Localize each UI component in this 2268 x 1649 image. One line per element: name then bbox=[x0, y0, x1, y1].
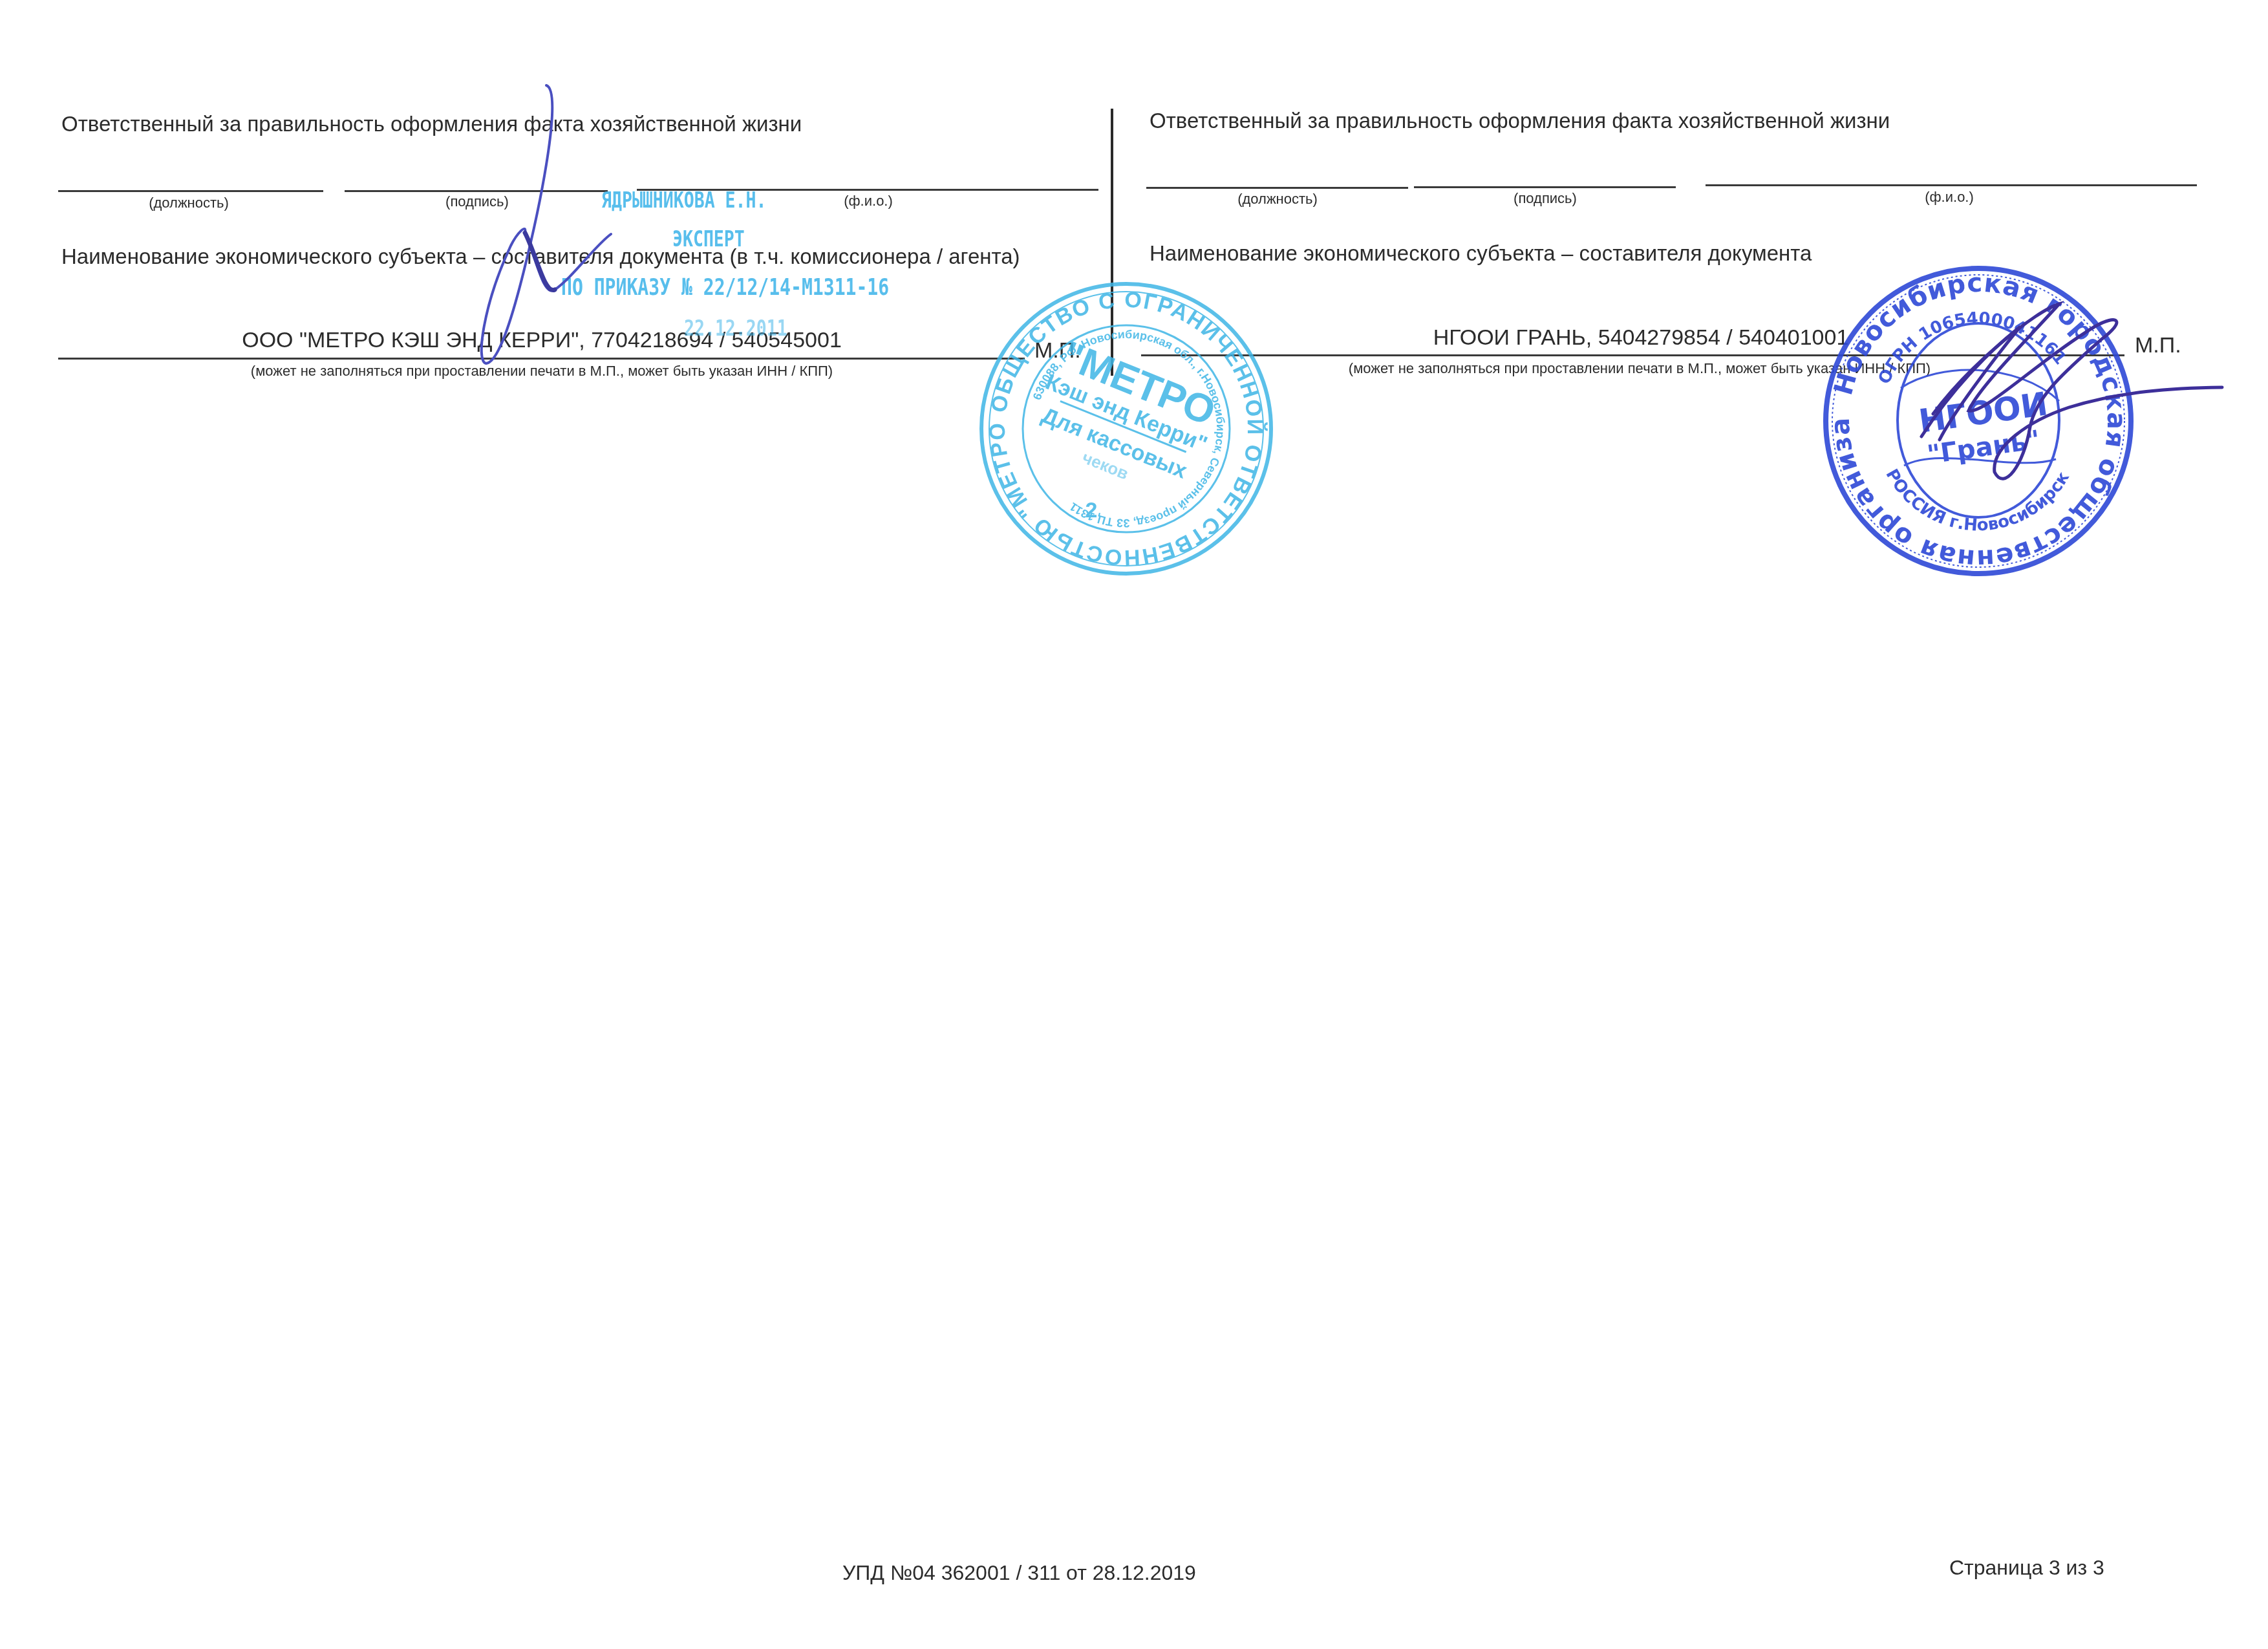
svg-text:Новосибирская городская общест: Новосибирская городская общественная орг… bbox=[0, 0, 2131, 574]
left-company-line bbox=[58, 358, 1025, 360]
right-responsible-heading: Ответственный за правильность оформления… bbox=[1150, 108, 1890, 134]
expert-stamp-title: ЭКСПЕРТ bbox=[672, 226, 745, 252]
right-signature-label: (подпись) bbox=[1514, 190, 1577, 207]
left-seal-mark: М.П. bbox=[1034, 338, 1081, 363]
expert-stamp-name: ЯДРЫШНИКОВА Е.Н. bbox=[601, 188, 766, 213]
right-seal-mark: М.П. bbox=[2135, 332, 2181, 358]
svg-text:"Грань": "Грань" bbox=[1925, 425, 2042, 470]
left-signature-label: (подпись) bbox=[445, 193, 509, 210]
expert-stamp-date: 22.12.2011 bbox=[684, 316, 787, 341]
svg-text:Для кассовых: Для кассовых bbox=[1038, 403, 1190, 484]
left-company-note: (может не заполняться при проставлении п… bbox=[251, 363, 833, 380]
svg-text:РОССИЯ г.Новосибирск: РОССИЯ г.Новосибирск bbox=[1881, 466, 2073, 535]
right-signature-line bbox=[1414, 186, 1676, 188]
right-name-line bbox=[1706, 184, 2197, 186]
left-position-label: (должность) bbox=[149, 195, 229, 211]
expert-stamp-order: ПО ПРИКАЗУ № 22/12/14-М1311-16 bbox=[561, 274, 889, 301]
right-company-name: НГООИ ГРАНЬ, 5404279854 / 540401001 bbox=[1433, 325, 1849, 350]
left-position-line bbox=[58, 190, 323, 192]
right-signature-icon bbox=[1921, 304, 2222, 479]
footer-page-number: Страница 3 из 3 bbox=[1949, 1555, 2104, 1580]
svg-text:Кэш энд Керри": Кэш энд Керри" bbox=[1042, 370, 1211, 457]
right-name-label: (ф.и.о.) bbox=[1925, 189, 1974, 206]
right-company-note: (может не заполняться при проставлении п… bbox=[1349, 360, 1931, 377]
right-company-line bbox=[1141, 354, 2124, 356]
svg-text:НГООИ: НГООИ bbox=[1916, 385, 2050, 440]
column-divider bbox=[1111, 109, 1113, 376]
ngooi-seal: Новосибирская городская общественная орг… bbox=[0, 0, 2131, 574]
left-name-label: (ф.и.о.) bbox=[844, 193, 893, 210]
left-responsible-heading: Ответственный за правильность оформления… bbox=[61, 111, 802, 137]
svg-text:2: 2 bbox=[1086, 498, 1098, 523]
right-entity-heading: Наименование экономического субъекта – с… bbox=[1150, 241, 1812, 266]
left-entity-heading: Наименование экономического субъекта – с… bbox=[61, 244, 1020, 270]
left-signature-line bbox=[345, 190, 608, 192]
footer-document-ref: УПД №04 362001 / 311 от 28.12.2019 bbox=[842, 1560, 1196, 1586]
svg-text:чеков: чеков bbox=[1080, 447, 1131, 484]
right-position-line bbox=[1146, 187, 1408, 189]
right-position-label: (должность) bbox=[1237, 191, 1318, 208]
